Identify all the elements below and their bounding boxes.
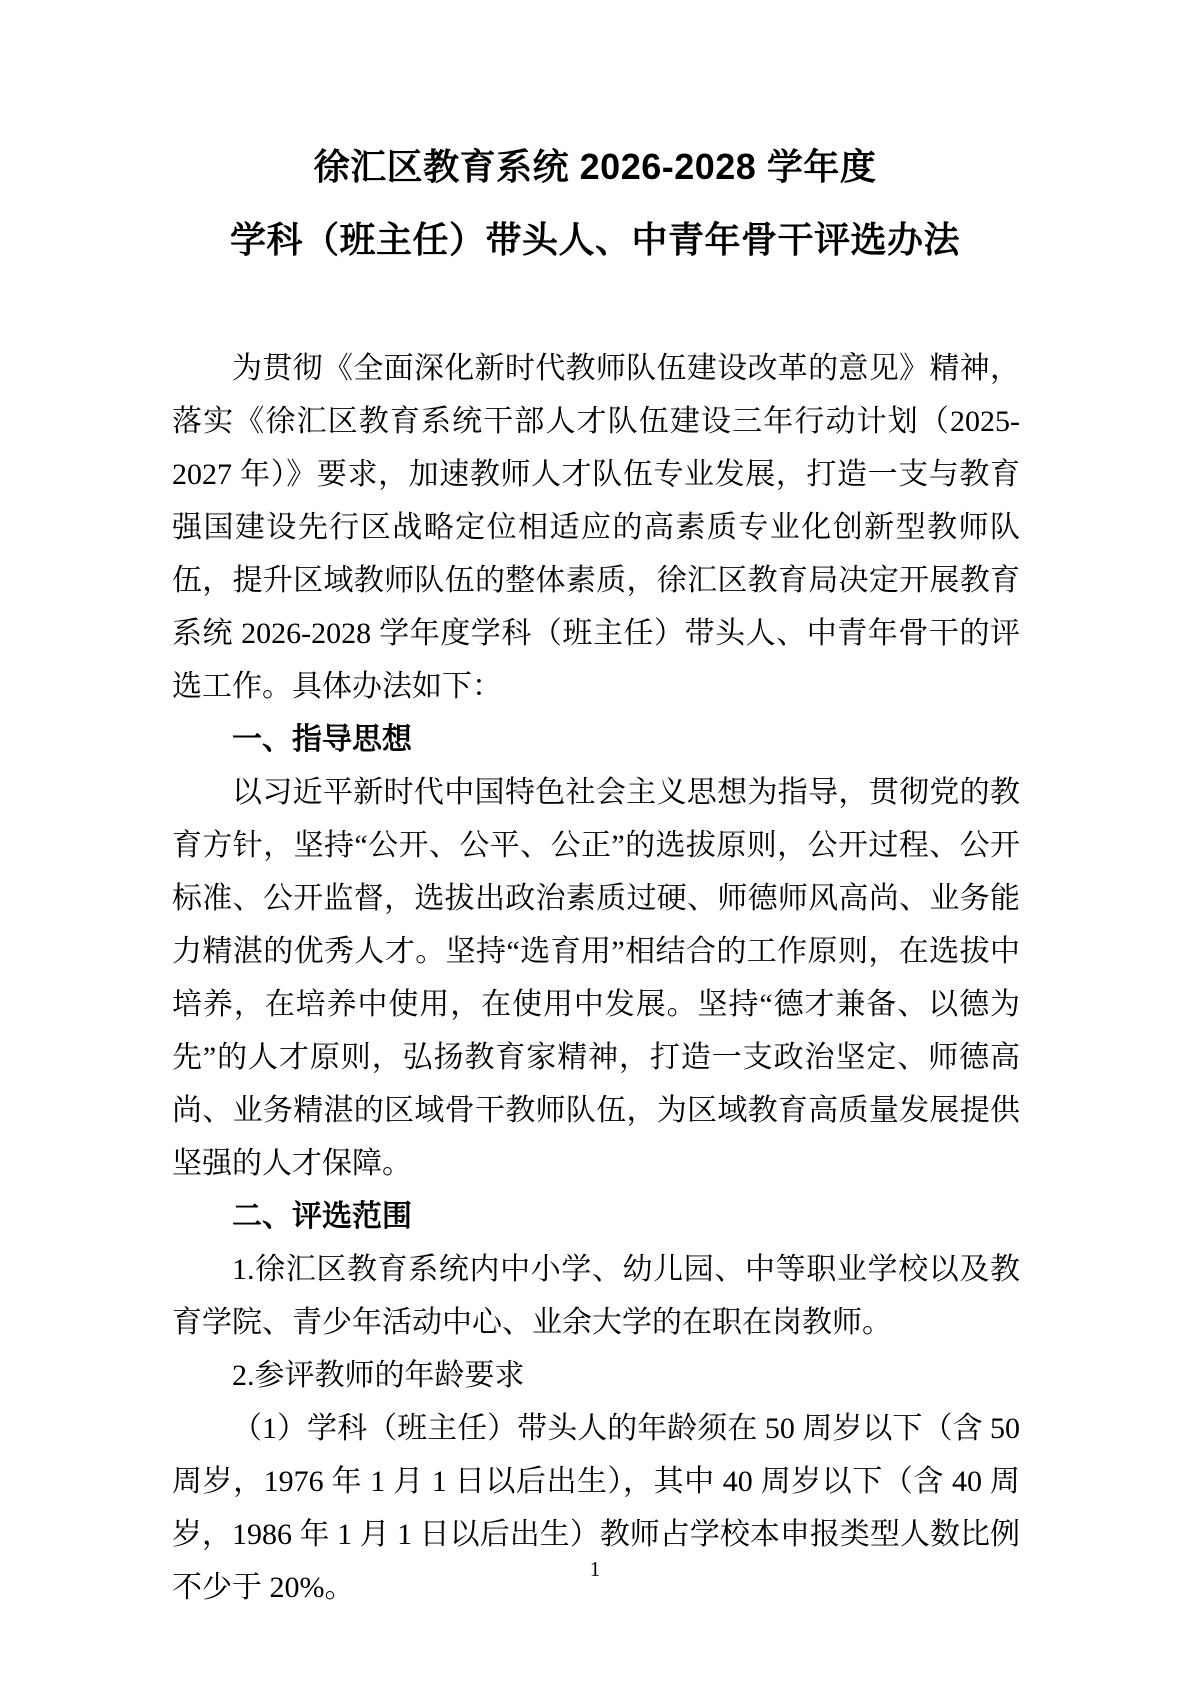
document-page: 徐汇区教育系统 2026-2028 学年度 学科（班主任）带头人、中青年骨干评选…	[0, 0, 1190, 1683]
paragraph-intro: 为贯彻《全面深化新时代教师队伍建设改革的意见》精神，落实《徐汇区教育系统干部人才…	[172, 342, 1020, 713]
title-line-2: 学科（班主任）带头人、中青年骨干评选办法	[90, 203, 1100, 276]
title-line-1: 徐汇区教育系统 2026-2028 学年度	[90, 130, 1100, 203]
paragraph-age-requirement: 2.参评教师的年龄要求	[172, 1349, 1020, 1402]
page-number: 1	[0, 1556, 1190, 1582]
paragraph-age-detail: （1）学科（班主任）带头人的年龄须在 50 周岁以下（含 50 周岁，1976 …	[172, 1402, 1020, 1614]
document-title: 徐汇区教育系统 2026-2028 学年度 学科（班主任）带头人、中青年骨干评选…	[90, 130, 1100, 276]
heading-guiding-ideology: 一、指导思想	[172, 713, 1020, 766]
heading-selection-scope: 二、评选范围	[172, 1190, 1020, 1243]
paragraph-scope-item-1: 1.徐汇区教育系统内中小学、幼儿园、中等职业学校以及教育学院、青少年活动中心、业…	[172, 1243, 1020, 1349]
paragraph-guiding-ideology: 以习近平新时代中国特色社会主义思想为指导，贯彻党的教育方针，坚持“公开、公平、公…	[172, 766, 1020, 1190]
document-body: 为贯彻《全面深化新时代教师队伍建设改革的意见》精神，落实《徐汇区教育系统干部人才…	[172, 342, 1020, 1614]
